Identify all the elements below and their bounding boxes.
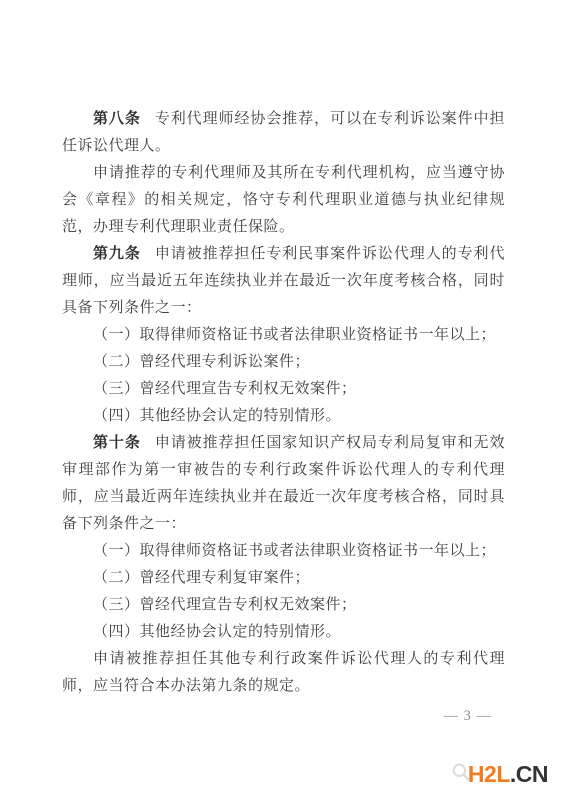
list-item-paragraph: （一）取得律师资格证书或者法律职业资格证书一年以上； [62, 538, 505, 565]
list-item-paragraph: （四）其他经协会认定的特别情形。 [62, 619, 505, 646]
document-page: 第八条专利代理师经协会推荐，可以在专利诉讼案件中担任诉讼代理人。申请推荐的专利代… [0, 0, 561, 795]
list-item-paragraph: （三）曾经代理宣告专利权无效案件； [62, 592, 505, 619]
article-number-label: 第八条 [93, 111, 141, 127]
document-body: 第八条专利代理师经协会推荐，可以在专利诉讼案件中担任诉讼代理人。申请推荐的专利代… [62, 106, 505, 700]
article-number-label: 第九条 [93, 246, 141, 262]
page-number: — 3 — [444, 708, 493, 725]
watermark-suffix: .CN [510, 761, 548, 788]
watermark-logo: H2L .CN [451, 761, 548, 788]
article-paragraph: 第八条专利代理师经协会推荐，可以在专利诉讼案件中担任诉讼代理人。 [62, 106, 505, 160]
magnifier-icon [451, 762, 472, 783]
article-paragraph: 第九条申请被推荐担任专利民事案件诉讼代理人的专利代理师，应当最近五年连续执业并在… [62, 241, 505, 322]
list-item-paragraph: （一）取得律师资格证书或者法律职业资格证书一年以上； [62, 322, 505, 349]
list-item-paragraph: （二）曾经代理专利复审案件； [62, 565, 505, 592]
list-item-paragraph: （四）其他经协会认定的特别情形。 [62, 403, 505, 430]
article-number-label: 第十条 [93, 435, 141, 451]
article-paragraph: 第十条申请被推荐担任国家知识产权局专利局复审和无效审理部作为第一审被告的专利行政… [62, 430, 505, 538]
list-item-paragraph: （二）曾经代理专利诉讼案件； [62, 349, 505, 376]
body-paragraph: 申请推荐的专利代理师及其所在专利代理机构，应当遵守协会《章程》的相关规定，恪守专… [62, 160, 505, 241]
body-paragraph: 申请被推荐担任其他专利行政案件诉讼代理人的专利代理师，应当符合本办法第九条的规定… [62, 646, 505, 700]
watermark-brand: H2L [468, 761, 510, 788]
list-item-paragraph: （三）曾经代理宣告专利权无效案件； [62, 376, 505, 403]
